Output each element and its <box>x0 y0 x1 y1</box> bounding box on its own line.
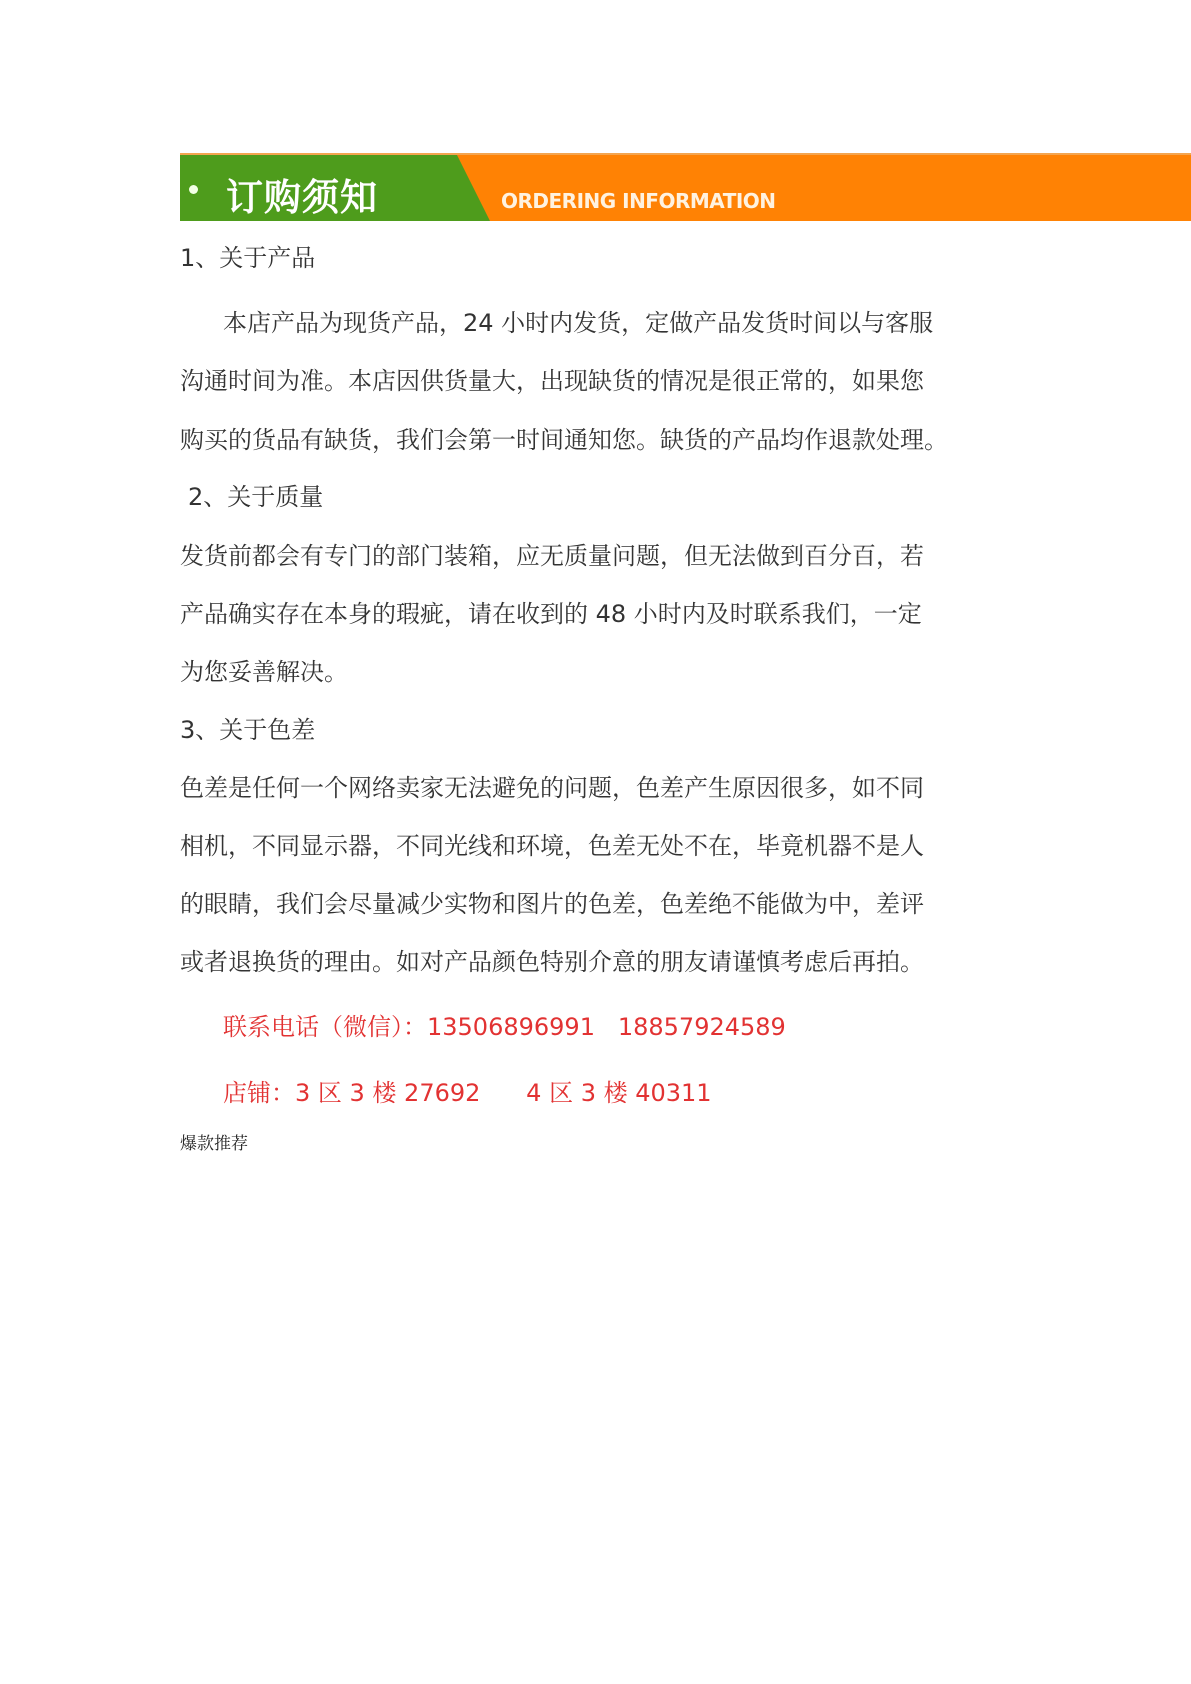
paragraph-line: 或者退换货的理由。如对产品颜色特别介意的朋友请谨慎考虑后再拍。 <box>180 946 924 978</box>
paragraph-line: 产品确实存在本身的瑕疵，请在收到的 48 小时内及时联系我们，一定 <box>180 598 922 630</box>
section-heading-color: 3、关于色差 <box>180 714 315 746</box>
paragraph-line: 的眼睛，我们会尽量减少实物和图片的色差，色差绝不能做为中，差评 <box>180 888 924 920</box>
paragraph-line: 发货前都会有专门的部门装箱，应无质量问题，但无法做到百分百，若 <box>180 540 924 572</box>
paragraph-line: 本店产品为现货产品，24 小时内发货，定做产品发货时间以与客服 <box>223 307 933 339</box>
contact-phone: 联系电话（微信）：13506896991 18857924589 <box>223 1011 786 1043</box>
banner-title: 订购须知 <box>226 167 378 221</box>
bullet-dot-icon <box>189 185 198 194</box>
ordering-info-banner: 订购须知 ORDERING INFORMATION <box>180 153 1191 221</box>
paragraph-line: 沟通时间为准。本店因供货量大，出现缺货的情况是很正常的，如果您 <box>180 365 924 397</box>
paragraph-line: 相机，不同显示器，不同光线和环境，色差无处不在，毕竟机器不是人 <box>180 830 924 862</box>
paragraph-line: 为您妥善解决。 <box>180 656 348 688</box>
banner-subtitle: ORDERING INFORMATION <box>501 189 776 213</box>
section-heading-quality: 2、关于质量 <box>188 481 323 513</box>
paragraph-line: 色差是任何一个网络卖家无法避免的问题，色差产生原因很多，如不同 <box>180 772 924 804</box>
store-location: 店铺：3 区 3 楼 27692 4 区 3 楼 40311 <box>223 1077 712 1109</box>
section-heading-product: 1、关于产品 <box>180 242 315 274</box>
recommend-label: 爆款推荐 <box>180 1133 248 1155</box>
paragraph-line: 购买的货品有缺货，我们会第一时间通知您。缺货的产品均作退款处理。 <box>180 424 948 456</box>
